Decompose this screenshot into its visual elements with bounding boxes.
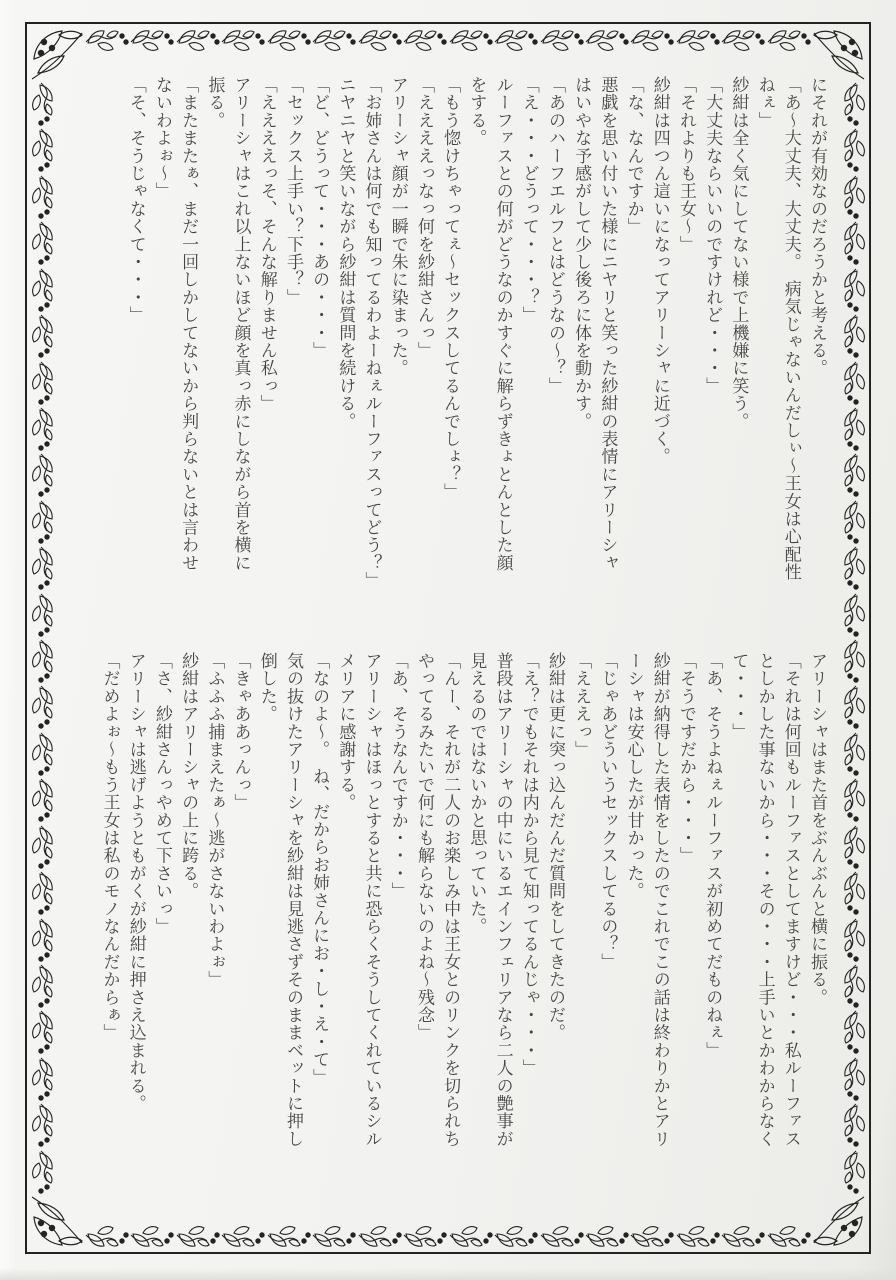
leaf-berry-motif-icon — [31, 453, 55, 497]
corner-flourish-top-right — [810, 25, 868, 83]
text-line: ねぇ」 — [751, 76, 777, 596]
leaf-berry-motif-icon — [31, 964, 55, 1008]
leaf-berry-motif-icon — [767, 28, 811, 52]
leaf-berry-motif-icon — [630, 1225, 674, 1249]
text-line: 「もう惚けちゃってぇ〜セックスしてるんでしょ？」 — [437, 76, 463, 596]
leaf-berry-motif-icon — [31, 268, 55, 312]
leaf-berry-motif-icon — [31, 825, 55, 869]
text-line: をする。 — [463, 76, 489, 596]
leaf-berry-motif-icon — [842, 221, 866, 265]
scanned-page: にそれが有効なのだろうかと考える。「あ〜大丈夫、大丈夫。 病気じゃないんだしぃ〜… — [0, 0, 896, 1280]
leaf-berry-motif-icon — [31, 685, 55, 729]
leaf-berry-motif-icon — [176, 1225, 220, 1249]
text-line: アリーシャ顔が一瞬で朱に染まった。 — [385, 76, 411, 596]
leaf-berry-motif-icon — [31, 593, 55, 637]
leaf-berry-motif-icon — [842, 1150, 866, 1194]
text-line: 「大丈夫ならいいのですけれど・・・」 — [699, 76, 725, 596]
floral-border-top — [85, 26, 811, 53]
text-line: 「そ、そうじゃなくて・・・」 — [123, 76, 149, 596]
text-line: 紗紺は全く気にしてない様で上機嫌に笑う。 — [725, 76, 751, 596]
text-line: 「お姉さんは何でも知ってるわよーねぇルーファスってどう？」 — [358, 76, 384, 596]
leaf-berry-motif-icon — [31, 1057, 55, 1101]
leaf-berry-motif-icon — [842, 685, 866, 729]
text-line: ないわよぉ〜」 — [149, 76, 175, 596]
text-line: 「なのよ〜。 ね、だからお姉さんにお・し・え・て」 — [306, 652, 332, 1160]
text-line: 「それは何回もルーファスとしてますけど・・・私ルーファス — [778, 652, 804, 1160]
text-line: 「セックス上手い？下手？」 — [280, 76, 306, 596]
leaf-berry-motif-icon — [721, 1225, 765, 1249]
text-line: 悪戯を思い付いた様にニヤリと笑った紗紺の表情にアリーシャ — [594, 76, 620, 596]
text-line: 普段はアリーシャの中にいるエインフェリアなら二人の艶事が — [489, 652, 515, 1160]
text-line: 「ど、どうって・・・あの・・・」 — [306, 76, 332, 596]
leaf-berry-motif-icon — [267, 28, 311, 52]
text-line: はいやな予感がして少し後ろに体を動かす。 — [568, 76, 594, 596]
text-line: メリアに感謝する。 — [332, 652, 358, 1160]
leaf-berry-motif-icon — [31, 1150, 55, 1194]
leaf-cluster-icon — [28, 1193, 86, 1251]
text-line: 「あ、そうなんですか・・・」 — [385, 652, 411, 1160]
leaf-berry-motif-icon — [767, 1225, 811, 1249]
leaf-berry-motif-icon — [449, 1225, 493, 1249]
leaf-berry-motif-icon — [842, 1010, 866, 1054]
leaf-berry-motif-icon — [31, 361, 55, 405]
leaf-berry-motif-icon — [842, 825, 866, 869]
leaf-berry-motif-icon — [842, 964, 866, 1008]
leaf-cluster-icon — [28, 25, 86, 83]
text-line: て・・・」 — [725, 652, 751, 1160]
text-line: 紗紺は更に突っ込んだんだ質問をしてきたのだ。 — [542, 652, 568, 1160]
leaf-berry-motif-icon — [312, 28, 356, 52]
text-line: 気の抜けたアリーシャを紗紺は見逃さずそのままベットに押し — [280, 652, 306, 1160]
leaf-berry-motif-icon — [176, 28, 220, 52]
leaf-berry-motif-icon — [31, 1103, 55, 1147]
leaf-berry-motif-icon — [31, 82, 55, 126]
text-line: 「んー、それが二人のお楽しみ中は王女とのリンクを切られち — [437, 652, 463, 1160]
text-line: アリーシャはまた首をぶんぶんと横に振る。 — [804, 652, 830, 1160]
corner-flourish-top-left — [28, 25, 86, 83]
leaf-berry-motif-icon — [85, 28, 129, 52]
leaf-berry-motif-icon — [842, 175, 866, 219]
text-line: 「ええええっなっ何を紗紺さんっ」 — [411, 76, 437, 596]
leaf-cluster-icon — [810, 25, 868, 83]
leaf-berry-motif-icon — [221, 1225, 265, 1249]
text-line: 「えええっ」 — [568, 652, 594, 1160]
floral-border-left — [29, 82, 56, 1194]
leaf-berry-motif-icon — [842, 268, 866, 312]
leaf-berry-motif-icon — [842, 82, 866, 126]
text-line: 紗紺は四つん這いになってアリーシャに近づく。 — [647, 76, 673, 596]
leaf-berry-motif-icon — [842, 871, 866, 915]
leaf-berry-motif-icon — [31, 732, 55, 776]
text-line: ーシャは安心したが甘かった。 — [620, 652, 646, 1160]
scan-edge-shadow — [0, 1268, 896, 1280]
text-line: 「え・・・どうって・・・？」 — [516, 76, 542, 596]
leaf-berry-motif-icon — [842, 546, 866, 590]
leaf-berry-motif-icon — [403, 28, 447, 52]
text-line: アリーシャはほっとすると共に恐らくそうしてくれているシル — [358, 652, 384, 1160]
leaf-berry-motif-icon — [842, 500, 866, 544]
text-line: 振る。 — [201, 76, 227, 596]
leaf-berry-motif-icon — [31, 128, 55, 172]
floral-border-bottom — [85, 1223, 811, 1250]
leaf-berry-motif-icon — [842, 1103, 866, 1147]
corner-flourish-bottom-left — [28, 1193, 86, 1251]
leaf-berry-motif-icon — [842, 407, 866, 451]
leaf-berry-motif-icon — [221, 28, 265, 52]
leaf-berry-motif-icon — [31, 778, 55, 822]
leaf-berry-motif-icon — [312, 1225, 356, 1249]
text-line: 倒した。 — [254, 652, 280, 1160]
text-line: 「それよりも王女〜」 — [673, 76, 699, 596]
leaf-berry-motif-icon — [842, 128, 866, 172]
leaf-berry-motif-icon — [494, 1225, 538, 1249]
text-line: 見えるのではないかと思っていた。 — [463, 652, 489, 1160]
text-line: 紗紺が納得した表情をしたのでこれでこの話は終わりかとアリ — [647, 652, 673, 1160]
text-line: ルーファスとの何がどうなのかすぐに解らずきょとんとした顔 — [489, 76, 515, 596]
text-line: ニヤニヤと笑いながら紗紺は質問を続ける。 — [332, 76, 358, 596]
leaf-berry-motif-icon — [31, 546, 55, 590]
leaf-berry-motif-icon — [540, 28, 584, 52]
leaf-berry-motif-icon — [31, 639, 55, 683]
text-line: 「あのハーフエルフとはどうなの〜？」 — [542, 76, 568, 596]
text-line: にそれが有効なのだろうかと考える。 — [804, 76, 830, 596]
lower-text-block: アリーシャはまた首をぶんぶんと横に振る。「それは何回もルーファスとしてますけど・… — [96, 652, 830, 1160]
leaf-berry-motif-icon — [842, 732, 866, 776]
leaf-berry-motif-icon — [842, 918, 866, 962]
text-line: 「そうですだから・・・」 — [673, 652, 699, 1160]
text-line: アリーシャは逃げようともがくが紗紺に押さえ込まれる。 — [123, 652, 149, 1160]
leaf-berry-motif-icon — [676, 28, 720, 52]
leaf-berry-motif-icon — [267, 1225, 311, 1249]
leaf-berry-motif-icon — [721, 28, 765, 52]
leaf-berry-motif-icon — [31, 500, 55, 544]
leaf-berry-motif-icon — [585, 1225, 629, 1249]
text-line: アリーシャはこれ以上ないほど顔を真っ赤にしながら首を横に — [227, 76, 253, 596]
leaf-berry-motif-icon — [842, 778, 866, 822]
leaf-berry-motif-icon — [676, 1225, 720, 1249]
leaf-berry-motif-icon — [842, 361, 866, 405]
text-line: 「ふふふ捕まえたぁ〜逃がさないわよぉ」 — [201, 652, 227, 1160]
leaf-berry-motif-icon — [31, 871, 55, 915]
text-line: 「きゃああっんっ」 — [227, 652, 253, 1160]
leaf-berry-motif-icon — [31, 221, 55, 265]
text-line: 「な、なんですか」 — [620, 76, 646, 596]
leaf-berry-motif-icon — [540, 1225, 584, 1249]
floral-border-right — [840, 82, 867, 1194]
leaf-berry-motif-icon — [842, 1057, 866, 1101]
leaf-berry-motif-icon — [31, 407, 55, 451]
leaf-berry-motif-icon — [31, 314, 55, 358]
leaf-berry-motif-icon — [31, 918, 55, 962]
text-line: 「だめよぉ〜もう王女は私のモノなんだからぁ」 — [96, 652, 122, 1160]
text-line: 紗紺はアリーシャの上に跨る。 — [175, 652, 201, 1160]
leaf-berry-motif-icon — [31, 175, 55, 219]
leaf-berry-motif-icon — [842, 453, 866, 497]
text-line: 「ええええっそ、そんな解りません私っ」 — [254, 76, 280, 596]
leaf-cluster-icon — [810, 1193, 868, 1251]
text-line: 「またまたぁ、まだ一回しかしてないから判らないとは言わせ — [175, 76, 201, 596]
leaf-berry-motif-icon — [403, 1225, 447, 1249]
leaf-berry-motif-icon — [842, 593, 866, 637]
leaf-berry-motif-icon — [630, 28, 674, 52]
text-line: 「さ、紗紺さんっやめて下さいっ」 — [149, 652, 175, 1160]
upper-text-block: にそれが有効なのだろうかと考える。「あ〜大丈夫、大丈夫。 病気じゃないんだしぃ〜… — [123, 76, 830, 596]
leaf-berry-motif-icon — [358, 28, 402, 52]
leaf-berry-motif-icon — [842, 639, 866, 683]
text-line: 「あ〜大丈夫、大丈夫。 病気じゃないんだしぃ〜王女は心配性 — [778, 76, 804, 596]
leaf-berry-motif-icon — [585, 28, 629, 52]
text-line: としかした事ないから・・・その・・・上手いとかわからなく — [751, 652, 777, 1160]
leaf-berry-motif-icon — [842, 314, 866, 358]
corner-flourish-bottom-right — [810, 1193, 868, 1251]
text-line: 「じゃあどういうセックスしてるの？」 — [594, 652, 620, 1160]
text-line: やってるみたいで何にも解らないのよね〜残念」 — [411, 652, 437, 1160]
leaf-berry-motif-icon — [130, 28, 174, 52]
leaf-berry-motif-icon — [449, 28, 493, 52]
leaf-berry-motif-icon — [494, 28, 538, 52]
scan-edge-highlight — [0, 0, 16, 1280]
text-line: 「え？でもそれは内から見て知ってるんじゃ・・・」 — [516, 652, 542, 1160]
leaf-berry-motif-icon — [130, 1225, 174, 1249]
leaf-berry-motif-icon — [85, 1225, 129, 1249]
text-line: 「あ、そうよねぇルーファスが初めてだものねぇ」 — [699, 652, 725, 1160]
leaf-berry-motif-icon — [358, 1225, 402, 1249]
leaf-berry-motif-icon — [31, 1010, 55, 1054]
